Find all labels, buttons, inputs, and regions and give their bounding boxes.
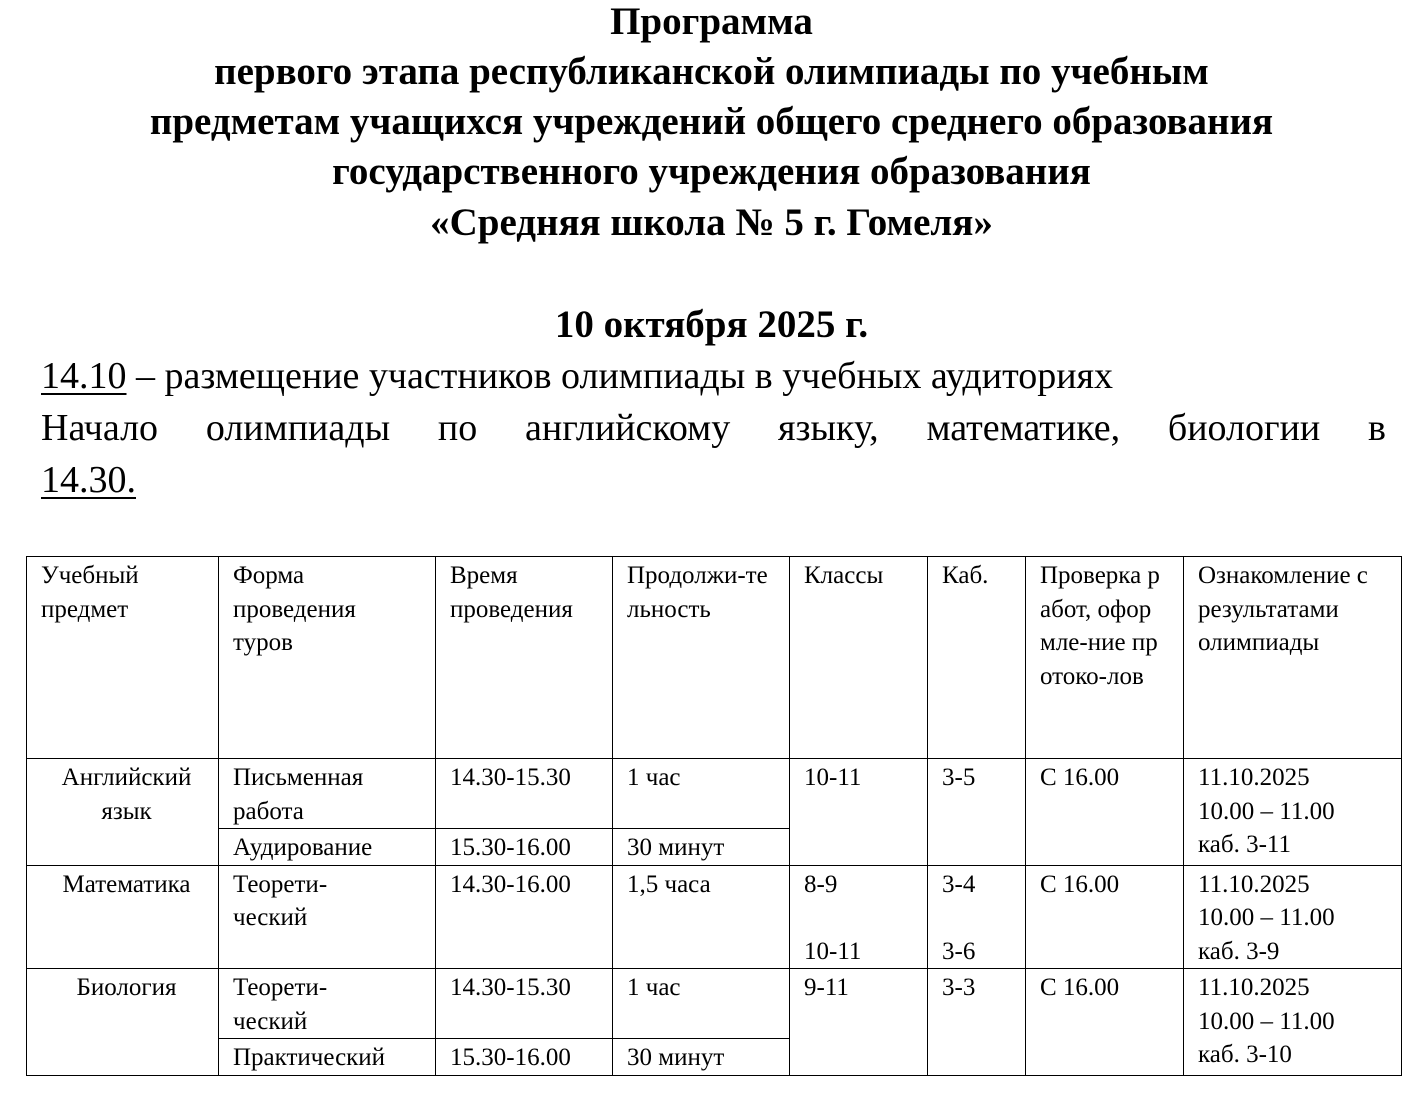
room-cell: 3-3 xyxy=(928,969,1026,1076)
check-cell: С 16.00 xyxy=(1026,969,1184,1076)
grades-cell: 8-9 10-11 xyxy=(790,865,928,969)
check-cell: С 16.00 xyxy=(1026,759,1184,866)
document-title: Программа xyxy=(0,0,1423,47)
time-cell: 14.30-16.00 xyxy=(436,865,613,969)
check-cell: С 16.00 xyxy=(1026,865,1184,969)
duration-cell: 30 минут xyxy=(613,1039,790,1076)
grades-cell: 10-11 xyxy=(790,759,928,866)
time-cell: 15.30-16.00 xyxy=(436,829,613,866)
duration-cell: 1 час xyxy=(613,759,790,829)
placement-time: 14.10 xyxy=(41,355,127,397)
document-subtitle-line-3: государственного учреждения образования xyxy=(0,147,1423,197)
header-cell-duration: Продолжи-тельность xyxy=(613,557,790,759)
header-cell-grades: Классы xyxy=(790,557,928,759)
time-cell: 14.30-15.30 xyxy=(436,969,613,1039)
grades-cell: 9-11 xyxy=(790,969,928,1076)
document-subtitle-line-2: предметам учащихся учреждений общего сре… xyxy=(0,97,1423,147)
placement-line: 14.10 – размещение участников олимпиады … xyxy=(41,351,1386,401)
header-cell-check: Проверка работ, оформле-ние протоко-лов xyxy=(1026,557,1184,759)
time-cell: 15.30-16.00 xyxy=(436,1039,613,1076)
schedule-table: Учебный предмет Форма проведения туров В… xyxy=(26,556,1402,1076)
subject-cell: Биология xyxy=(27,969,219,1076)
school-name: «Средняя школа № 5 г. Гомеля» xyxy=(0,198,1423,248)
time-cell: 14.30-15.30 xyxy=(436,759,613,829)
subject-cell: Математика xyxy=(27,865,219,969)
start-time-line: 14.30. xyxy=(41,455,1386,505)
start-time: 14.30. xyxy=(41,459,136,501)
room-cell: 3-5 xyxy=(928,759,1026,866)
results-cell: 11.10.2025 10.00 – 11.00 каб. 3-9 xyxy=(1184,865,1402,969)
header-cell-time: Время проведения xyxy=(436,557,613,759)
duration-cell: 1 час xyxy=(613,969,790,1039)
form-cell: Теорети-ческий xyxy=(219,969,436,1039)
duration-cell: 1,5 часа xyxy=(613,865,790,969)
header-cell-results: Ознакомление с результатами олимпиады xyxy=(1184,557,1402,759)
table-row: Английский язык Письменная работа 14.30-… xyxy=(27,759,1402,829)
table-row: Биология Теорети-ческий 14.30-15.30 1 ча… xyxy=(27,969,1402,1039)
placement-text: – размещение участников олимпиады в учеб… xyxy=(127,355,1114,397)
form-cell: Теорети-ческий xyxy=(219,865,436,969)
form-cell: Аудирование xyxy=(219,829,436,866)
event-date: 10 октября 2025 г. xyxy=(0,300,1423,350)
table-row: Математика Теорети-ческий 14.30-16.00 1,… xyxy=(27,865,1402,969)
room-cell: 3-4 3-6 xyxy=(928,865,1026,969)
form-cell: Письменная работа xyxy=(219,759,436,829)
header-cell-subject: Учебный предмет xyxy=(27,557,219,759)
start-line: Начало олимпиады по английскому языку, м… xyxy=(41,403,1386,453)
subject-cell: Английский язык xyxy=(27,759,219,866)
duration-cell: 30 минут xyxy=(613,829,790,866)
results-cell: 11.10.2025 10.00 – 11.00 каб. 3-10 xyxy=(1184,969,1402,1076)
document-subtitle-line-1: первого этапа республиканской олимпиады … xyxy=(0,47,1423,97)
form-cell: Практический xyxy=(219,1039,436,1076)
header-cell-room: Каб. xyxy=(928,557,1026,759)
table-header-row: Учебный предмет Форма проведения туров В… xyxy=(27,557,1402,759)
header-cell-form: Форма проведения туров xyxy=(219,557,436,759)
results-cell: 11.10.2025 10.00 – 11.00 каб. 3-11 xyxy=(1184,759,1402,866)
